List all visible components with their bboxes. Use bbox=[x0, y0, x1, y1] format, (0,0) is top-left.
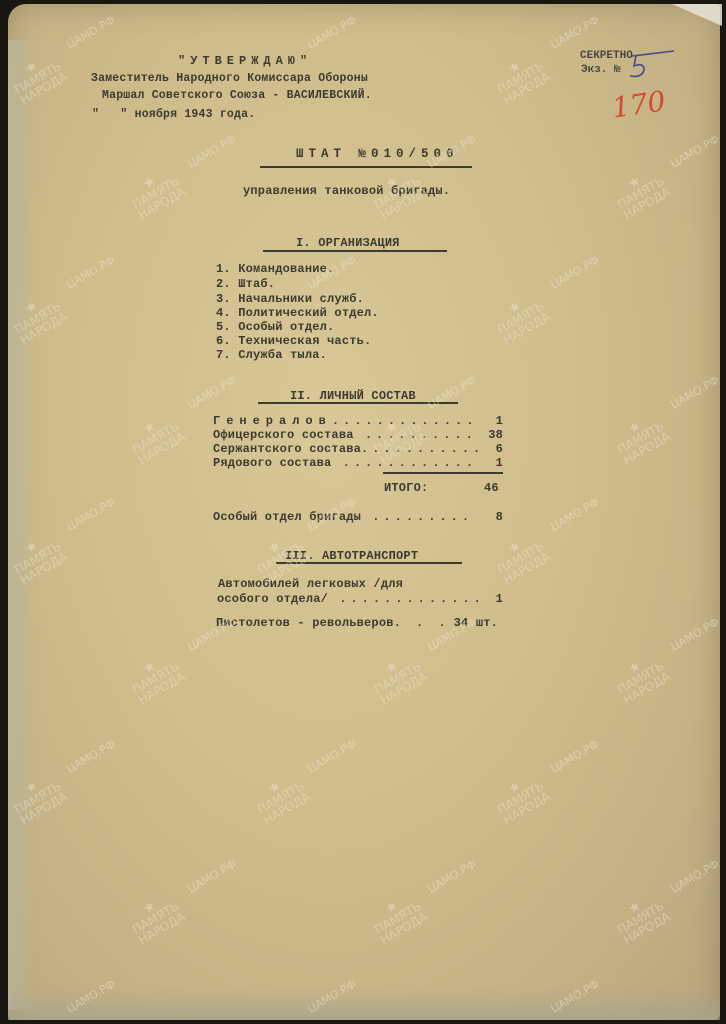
pistols-row: Пистолетов - револьверов . . . 34 шт. bbox=[216, 616, 546, 630]
shtat-subtitle: управления танковой бригады. bbox=[243, 184, 450, 198]
section-3-heading: III. АВТОТРАНСПОРТ bbox=[285, 549, 418, 563]
approval-heading: "УТВЕРЖДАЮ" bbox=[178, 54, 312, 68]
cars-label-line-2: особого отдела/ bbox=[217, 592, 328, 606]
approval-date: " " ноября 1943 года. bbox=[92, 108, 255, 121]
pistols-value: 34 шт. bbox=[454, 616, 498, 630]
pistols-label: Пистолетов - револьверов bbox=[216, 616, 394, 630]
org-item: 2. Штаб. bbox=[216, 277, 275, 291]
leader-dots: ......... bbox=[361, 510, 479, 524]
section-2-underline bbox=[258, 402, 458, 404]
section-1-underline bbox=[263, 250, 447, 252]
staff-row-label: Офицерского состава bbox=[213, 428, 354, 442]
total-value: 46 bbox=[484, 481, 499, 495]
org-item: 3. Начальники служб. bbox=[216, 292, 364, 306]
org-item: 4. Политический отдел. bbox=[216, 306, 379, 320]
cars-value: 1 bbox=[479, 592, 503, 606]
staff-row: Рядового состава ................ 1 bbox=[213, 456, 503, 470]
special-dept-row: Особый отдел бригады ......... 8 bbox=[213, 510, 503, 524]
secret-stamp: СЕКРЕТНО bbox=[580, 50, 633, 62]
leader-dots: ................. bbox=[332, 414, 479, 428]
staff-row: Офицерского состава ................ 38 bbox=[213, 428, 503, 442]
special-dept-value: 8 bbox=[479, 510, 503, 524]
special-dept-label: Особый отдел бригады bbox=[213, 510, 361, 524]
total-separator bbox=[383, 472, 503, 474]
leader-dots: .............. bbox=[328, 592, 479, 606]
leader-dots: . . . bbox=[394, 616, 454, 630]
org-item: 6. Техническая часть. bbox=[216, 334, 371, 348]
section-2-heading: II. ЛИЧНЫЙ СОСТАВ bbox=[290, 389, 416, 403]
org-item: 5. Особый отдел. bbox=[216, 320, 334, 334]
leader-dots: ................ bbox=[354, 428, 479, 442]
staff-row-value: 1 bbox=[479, 456, 503, 470]
shtat-title: ШТАТ №010/500 bbox=[296, 147, 459, 161]
title-underline bbox=[260, 166, 472, 168]
section-3-underline bbox=[276, 562, 462, 564]
org-item: 7. Служба тыла. bbox=[216, 348, 327, 362]
page-edge-left bbox=[8, 40, 38, 1010]
approval-line-1: Заместитель Народного Комиссара Обороны bbox=[91, 72, 368, 85]
staff-row-label: Генералов bbox=[213, 414, 332, 428]
page-edge-bottom bbox=[8, 990, 720, 1020]
staff-row-label: Сержантского состава bbox=[213, 442, 361, 456]
org-item: 1. Командование. bbox=[216, 262, 334, 276]
copy-number-label: Экз. № bbox=[581, 64, 621, 76]
staff-row-label: Рядового состава bbox=[213, 456, 331, 470]
cars-row: особого отдела/ .............. 1 bbox=[217, 592, 503, 606]
staff-row-value: 1 bbox=[479, 414, 503, 428]
approval-line-2: Маршал Советского Союза - ВАСИЛЕВСКИЙ. bbox=[102, 89, 372, 102]
staff-row: Сержантского состава ................ 6 bbox=[213, 442, 503, 456]
staff-row-value: 38 bbox=[479, 428, 503, 442]
cars-label-line-1: Автомобилей легковых /для bbox=[218, 577, 403, 591]
section-1-heading: I. ОРГАНИЗАЦИЯ bbox=[296, 236, 400, 250]
handwritten-copy-number bbox=[628, 46, 678, 80]
leader-dots: ................ bbox=[331, 456, 479, 470]
leader-dots: ................ bbox=[361, 442, 479, 456]
total-label: ИТОГО: bbox=[384, 481, 428, 495]
staff-row-value: 6 bbox=[479, 442, 503, 456]
staff-row: Генералов ................. 1 bbox=[213, 414, 503, 428]
